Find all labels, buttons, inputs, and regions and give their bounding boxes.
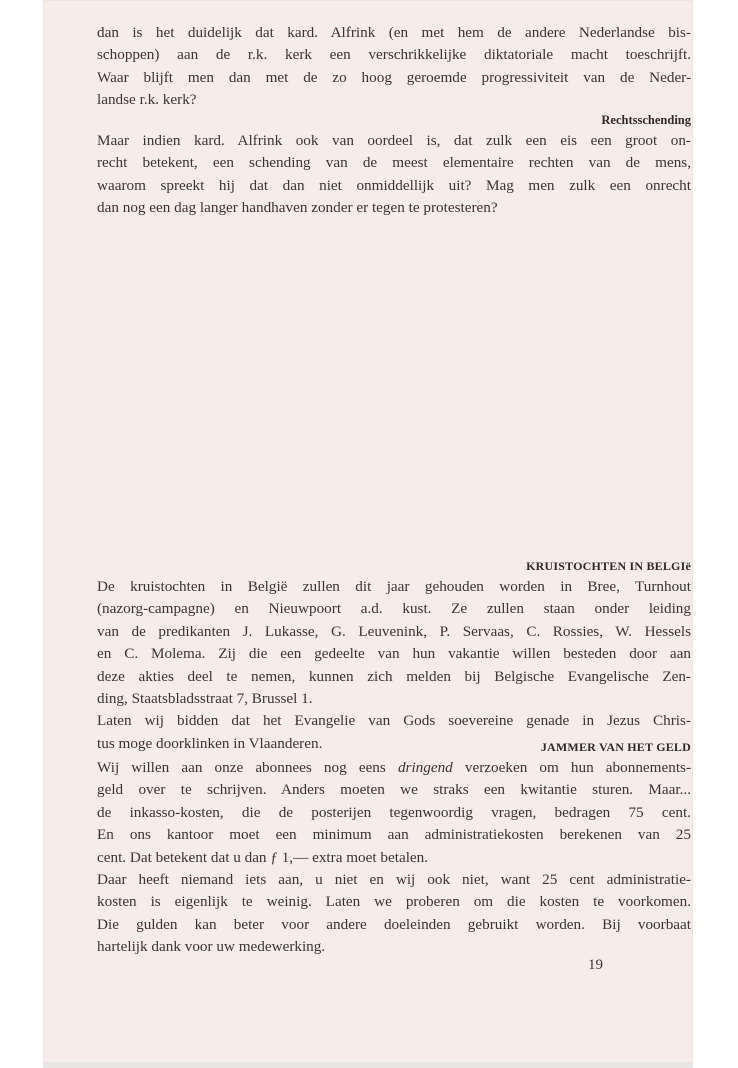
text-line: landse r.k. kerk? bbox=[97, 89, 691, 111]
text-line: Waar blijft men dan met de zo hoog geroe… bbox=[97, 67, 691, 89]
text-line: Daar heeft niemand iets aan, u niet en w… bbox=[97, 869, 691, 891]
text-line: waarom spreekt hij dat dan niet onmiddel… bbox=[97, 175, 691, 197]
text-fragment: Wij willen aan onze abonnees nog eens bbox=[97, 759, 398, 776]
text-line: ding, Staatsbladsstraat 7, Brussel 1. bbox=[97, 688, 691, 710]
text-line: Laten wij bidden dat het Evangelie van G… bbox=[97, 710, 691, 732]
section-kruistochten: KRUISTOCHTEN IN BELGIë De kruistochten i… bbox=[97, 556, 691, 755]
text-line: geld over te schrijven. Anders moeten we… bbox=[97, 779, 691, 801]
text-line: dan is het duidelijk dat kard. Alfrink (… bbox=[97, 22, 691, 44]
text-line: (nazorg-campagne) en Nieuwpoort a.d. kus… bbox=[97, 598, 691, 620]
text-line: Maar indien kard. Alfrink ook van oordee… bbox=[97, 130, 691, 152]
text-line: deze akties deel te nemen, kunnen zich m… bbox=[97, 666, 691, 688]
text-fragment: verzoeken om hun abonnements- bbox=[453, 759, 691, 776]
section-jammer-van-het-geld: JAMMER VAN HET GELD Wij willen aan onze … bbox=[97, 737, 691, 959]
text-line: De kruistochten in België zullen dit jaa… bbox=[97, 576, 691, 598]
text-line: Die gulden kan beter voor andere doelein… bbox=[97, 914, 691, 936]
section-heading: JAMMER VAN HET GELD bbox=[97, 737, 691, 757]
text-line: dan nog een dag langer handhaven zonder … bbox=[97, 197, 691, 219]
emphasis-text: dringend bbox=[398, 759, 453, 776]
text-line: van de predikanten J. Lukasse, G. Leuven… bbox=[97, 621, 691, 643]
section-rechtsschending: Rechtsschending Maar indien kard. Alfrin… bbox=[97, 110, 691, 220]
text-line: schoppen) aan de r.k. kerk een verschrik… bbox=[97, 44, 691, 66]
text-line: de inkasso-kosten, die de posterijen teg… bbox=[97, 802, 691, 824]
text-line: En ons kantoor moet een minimum aan admi… bbox=[97, 824, 691, 846]
page-number: 19 bbox=[588, 957, 603, 974]
text-line: en C. Molema. Zij die een gedeelte van h… bbox=[97, 643, 691, 665]
section-heading: KRUISTOCHTEN IN BELGIë bbox=[97, 556, 691, 576]
section-intro: dan is het duidelijk dat kard. Alfrink (… bbox=[97, 22, 691, 112]
text-line: recht betekent, een schending van de mee… bbox=[97, 152, 691, 174]
text-line: hartelijk dank voor uw medewerking. bbox=[97, 936, 691, 958]
text-line: Wij willen aan onze abonnees nog eens dr… bbox=[97, 757, 691, 779]
text-line: kosten is eigenlijk te weinig. Laten we … bbox=[97, 891, 691, 913]
document-page: dan is het duidelijk dat kard. Alfrink (… bbox=[43, 0, 693, 1068]
text-line: cent. Dat betekent dat u dan ƒ 1,— extra… bbox=[97, 847, 691, 869]
section-heading: Rechtsschending bbox=[97, 110, 691, 130]
